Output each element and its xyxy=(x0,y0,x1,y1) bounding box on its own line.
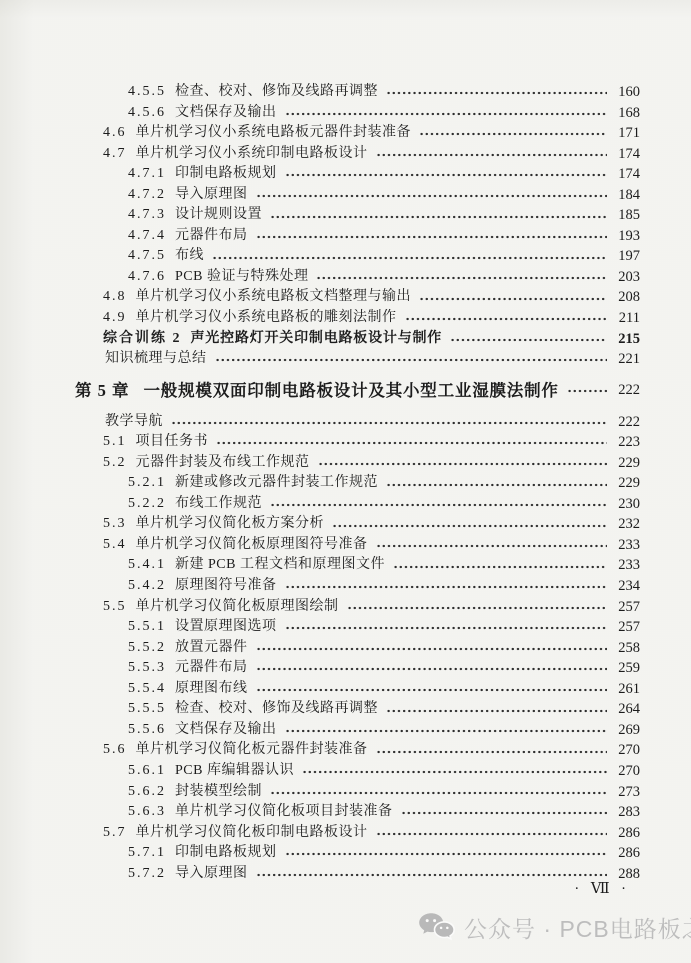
toc-entry-page: 223 xyxy=(610,432,640,453)
toc-entry: 教学导航 222 xyxy=(0,412,691,433)
toc-entry-number: 5.1 xyxy=(103,432,127,453)
toc-entry-title: 元器件封装及布线工作规范 xyxy=(136,453,310,474)
toc-entry-number: 4.7.6 xyxy=(128,267,166,288)
toc-entry-number: 5.5.4 xyxy=(128,679,166,700)
toc-entry-number: 5.5.3 xyxy=(128,658,166,679)
toc-entry-page: 229 xyxy=(610,453,640,474)
dot-leader xyxy=(255,188,608,202)
toc-entry-title: 布线工作规范 xyxy=(175,494,262,515)
toc-entry-title: 单片机学习仪简化板元器件封装准备 xyxy=(136,740,368,761)
dot-leader xyxy=(284,723,608,737)
toc-entry: 5.5 单片机学习仪简化板原理图绘制 257 xyxy=(0,597,691,618)
toc-entry-number: 4.7.2 xyxy=(128,185,166,206)
toc-entry-number: 5.5.6 xyxy=(128,720,166,741)
dot-leader xyxy=(214,352,608,366)
toc-entry: 5.4.1 新建 PCB 工程文档和原理图文件 233 xyxy=(0,555,691,576)
toc-entry-title: PCB 验证与特殊处理 xyxy=(175,267,308,288)
toc-entry: 第 5 章 一般规模双面印制电路板设计及其小型工业湿膜法制作 222 xyxy=(0,378,691,403)
dot-leader xyxy=(215,435,607,449)
toc-entry-page: 185 xyxy=(610,205,640,226)
toc-entry-title: 单片机学习仪简化板印制电路板设计 xyxy=(136,823,368,844)
toc-entry-number: 5.6.2 xyxy=(128,782,166,803)
dot-leader xyxy=(269,785,607,799)
dot-leader xyxy=(392,559,607,573)
toc-entry-page: 259 xyxy=(610,658,640,679)
toc-entry-number: 4.7.4 xyxy=(128,226,166,247)
toc-entry-page: 174 xyxy=(610,164,640,185)
toc-entry: 4.8 单片机学习仪小系统电路板文档整理与输出 208 xyxy=(0,287,691,308)
toc-entry: 4.5.6 文档保存及输出 168 xyxy=(0,103,691,124)
toc-entry-title: 单片机学习仪小系统电路板文档整理与输出 xyxy=(136,287,412,308)
dot-leader xyxy=(566,383,607,397)
toc-entry-number: 5.7.2 xyxy=(128,864,166,885)
toc-entry-number: 5.7.1 xyxy=(128,843,166,864)
watermark: 公众号 · PCB电路板之家 xyxy=(418,911,691,944)
dot-leader xyxy=(375,538,608,552)
dot-leader xyxy=(284,167,608,181)
toc-entry: 5.6.1 PCB 库编辑器认识 270 xyxy=(0,761,691,782)
toc-entry-page: 222 xyxy=(610,378,640,403)
toc-entry-page: 257 xyxy=(610,597,640,618)
toc-entry-title: 设置原理图选项 xyxy=(175,617,277,638)
toc-entry-title: 单片机学习仪小系统印制电路板设计 xyxy=(136,144,368,165)
toc-entry-page: 261 xyxy=(610,679,640,700)
toc-entry-number: 4.7.1 xyxy=(128,164,166,185)
toc-entry: 4.7.2 导入原理图 184 xyxy=(0,185,691,206)
toc-entry-page: 174 xyxy=(610,144,640,165)
toc-entry-title: 检查、校对、修饰及线路再调整 xyxy=(175,82,378,103)
toc-entry-title: 设计规则设置 xyxy=(175,205,262,226)
toc-entry-page: 222 xyxy=(610,412,640,433)
dot-leader xyxy=(255,682,608,696)
toc-entry-page: 211 xyxy=(610,308,640,329)
toc-entry-title: 一般规模双面印制电路板设计及其小型工业湿膜法制作 xyxy=(144,378,559,403)
toc-entry-number: 5.2.2 xyxy=(128,494,166,515)
dot-leader xyxy=(375,826,608,840)
toc-entry: 4.7.5 布线 197 xyxy=(0,246,691,267)
dot-leader xyxy=(385,477,607,491)
dot-leader xyxy=(375,744,608,758)
toc-entry-page: 229 xyxy=(610,473,640,494)
toc-entry: 综合训练 2 声光控路灯开关印制电路板设计与制作 215 xyxy=(0,329,691,350)
toc-entry: 5.3 单片机学习仪简化板方案分析 232 xyxy=(0,514,691,535)
dot-leader xyxy=(317,456,608,470)
dot-leader xyxy=(255,867,608,881)
toc-entry-page: 234 xyxy=(610,576,640,597)
toc-entry: 5.5.6 文档保存及输出 269 xyxy=(0,720,691,741)
toc-entry: 5.6.3 单片机学习仪简化板项目封装准备 283 xyxy=(0,802,691,823)
toc-entry-title: 单片机学习仪简化板原理图符号准备 xyxy=(136,535,368,556)
dot-leader xyxy=(331,518,607,532)
toc-entry-number: 5.5.5 xyxy=(128,699,166,720)
toc-entry-number: 5.4 xyxy=(103,535,127,556)
toc-entry-page: 286 xyxy=(610,823,640,844)
toc-entry: 知识梳理与总结 221 xyxy=(0,349,691,370)
toc-entry-number: 4.7.5 xyxy=(128,246,166,267)
dot-leader xyxy=(385,703,607,717)
toc-entry-title: 布线 xyxy=(175,246,204,267)
toc-entry-title: 导入原理图 xyxy=(175,864,248,885)
toc-entry: 4.7 单片机学习仪小系统印制电路板设计 174 xyxy=(0,144,691,165)
toc-entry-title: 文档保存及输出 xyxy=(175,103,277,124)
toc-entry-number: 5.5 xyxy=(103,597,127,618)
toc-entry-title: 知识梳理与总结 xyxy=(105,349,207,370)
toc-entry-page: 208 xyxy=(610,287,640,308)
toc-entry-number: 4.7 xyxy=(103,144,127,165)
dot-leader xyxy=(385,85,607,99)
toc-entry: 5.5.4 原理图布线 261 xyxy=(0,679,691,700)
dot-leader xyxy=(400,805,608,819)
scanned-toc-page: 4.5.5 检查、校对、修饰及线路再调整 160 4.5.6 文档保存及输出 1… xyxy=(0,0,691,963)
toc-entry: 5.5.1 设置原理图选项 257 xyxy=(0,617,691,638)
dot-leader xyxy=(269,209,607,223)
toc-entry: 4.9 单片机学习仪小系统电路板的雕刻法制作 211 xyxy=(0,308,691,329)
toc-entry-page: 283 xyxy=(610,802,640,823)
toc-entry: 5.4 单片机学习仪简化板原理图符号准备 233 xyxy=(0,535,691,556)
toc-entry-number: 5.4.2 xyxy=(128,576,166,597)
toc-entry-title: 原理图布线 xyxy=(175,679,248,700)
toc-entry: 4.7.3 设计规则设置 185 xyxy=(0,205,691,226)
toc-entry-title: 原理图符号准备 xyxy=(175,576,277,597)
toc-entry-number: 4.8 xyxy=(103,287,127,308)
toc-entry-title: 新建或修改元器件封装工作规范 xyxy=(175,473,378,494)
toc-entry-page: 232 xyxy=(610,514,640,535)
toc-entry: 5.7.1 印制电路板规划 286 xyxy=(0,843,691,864)
toc-entry-title: 元器件布局 xyxy=(175,658,248,679)
toc-entry-title: 教学导航 xyxy=(105,412,163,433)
toc-entry-title: 项目任务书 xyxy=(136,432,209,453)
toc-entry-number: 5.2.1 xyxy=(128,473,166,494)
toc-entry-page: 184 xyxy=(610,185,640,206)
dot-leader xyxy=(418,291,607,305)
toc-entry-number: 4.7.3 xyxy=(128,205,166,226)
dot-leader xyxy=(315,270,607,284)
toc-entry: 5.1 项目任务书 223 xyxy=(0,432,691,453)
toc-entry: 5.6.2 封装模型绘制 273 xyxy=(0,782,691,803)
toc-entry-page: 215 xyxy=(610,329,640,350)
toc-entry: 5.5.3 元器件布局 259 xyxy=(0,658,691,679)
toc-entry-title: 印制电路板规划 xyxy=(175,843,277,864)
toc-entry: 4.5.5 检查、校对、修饰及线路再调整 160 xyxy=(0,82,691,103)
toc-entry: 5.2.1 新建或修改元器件封装工作规范 229 xyxy=(0,473,691,494)
toc-entry: 5.2.2 布线工作规范 230 xyxy=(0,494,691,515)
toc-entry-title: 声光控路灯开关印制电路板设计与制作 xyxy=(191,329,443,350)
toc-entry-number: 5.5.2 xyxy=(128,638,166,659)
dot-leader xyxy=(284,846,608,860)
toc-entry-title: 单片机学习仪小系统电路板元器件封装准备 xyxy=(136,123,412,144)
toc-entry-title: 单片机学习仪简化板原理图绘制 xyxy=(136,597,339,618)
toc-entry-page: 258 xyxy=(610,638,640,659)
toc-entry-number: 第 5 章 xyxy=(75,378,130,403)
toc-entry-page: 264 xyxy=(610,699,640,720)
toc-entry-title: 新建 PCB 工程文档和原理图文件 xyxy=(175,555,385,576)
dot-leader xyxy=(255,641,608,655)
dot-leader xyxy=(284,579,608,593)
toc-entry-page: 197 xyxy=(610,246,640,267)
toc-entry-title: 检查、校对、修饰及线路再调整 xyxy=(175,699,378,720)
toc-entry: 5.5.5 检查、校对、修饰及线路再调整 264 xyxy=(0,699,691,720)
toc-entry-page: 273 xyxy=(610,782,640,803)
toc-entry-page: 171 xyxy=(610,123,640,144)
toc-entry: 5.7 单片机学习仪简化板印制电路板设计 286 xyxy=(0,823,691,844)
table-of-contents: 4.5.5 检查、校对、修饰及线路再调整 160 4.5.6 文档保存及输出 1… xyxy=(0,82,691,884)
toc-entry-title: 单片机学习仪简化板方案分析 xyxy=(136,514,325,535)
toc-entry-page: 203 xyxy=(610,267,640,288)
toc-entry: 4.7.6 PCB 验证与特殊处理 203 xyxy=(0,267,691,288)
toc-entry: 5.4.2 原理图符号准备 234 xyxy=(0,576,691,597)
toc-entry: 4.6 单片机学习仪小系统电路板元器件封装准备 171 xyxy=(0,123,691,144)
toc-entry-title: 封装模型绘制 xyxy=(175,782,262,803)
toc-entry: 4.7.1 印制电路板规划 174 xyxy=(0,164,691,185)
dot-leader xyxy=(211,250,607,264)
toc-entry-page: 160 xyxy=(610,82,640,103)
toc-entry-title: 放置元器件 xyxy=(175,638,248,659)
dot-leader xyxy=(255,661,608,675)
toc-entry-number: 5.4.1 xyxy=(128,555,166,576)
dot-leader xyxy=(255,229,608,243)
toc-entry-page: 257 xyxy=(610,617,640,638)
toc-entry-page: 270 xyxy=(610,740,640,761)
dot-leader xyxy=(284,106,608,120)
toc-entry-number: 综合训练 2 xyxy=(103,329,182,350)
toc-entry-title: 单片机学习仪小系统电路板的雕刻法制作 xyxy=(136,308,397,329)
toc-entry-page: 269 xyxy=(610,720,640,741)
page-number-folio: · Ⅶ · xyxy=(574,881,630,898)
dot-leader xyxy=(269,497,607,511)
toc-entry-page: 193 xyxy=(610,226,640,247)
dot-leader xyxy=(404,311,608,325)
toc-entry: 4.7.4 元器件布局 193 xyxy=(0,226,691,247)
dot-leader xyxy=(284,620,608,634)
toc-entry-title: 文档保存及输出 xyxy=(175,720,277,741)
toc-entry-page: 270 xyxy=(610,761,640,782)
toc-entry-number: 5.7 xyxy=(103,823,127,844)
toc-entry: 5.5.2 放置元器件 258 xyxy=(0,638,691,659)
toc-entry-page: 286 xyxy=(610,843,640,864)
toc-entry-page: 233 xyxy=(610,535,640,556)
toc-entry-number: 5.6.3 xyxy=(128,802,166,823)
dot-leader xyxy=(418,126,607,140)
toc-entry-title: 元器件布局 xyxy=(175,226,248,247)
toc-entry-number: 4.5.5 xyxy=(128,82,166,103)
toc-entry-number: 4.9 xyxy=(103,308,127,329)
toc-entry-page: 168 xyxy=(610,103,640,124)
toc-entry-number: 5.6 xyxy=(103,740,127,761)
toc-entry-page: 233 xyxy=(610,555,640,576)
toc-entry-title: 印制电路板规划 xyxy=(175,164,277,185)
toc-entry: 5.6 单片机学习仪简化板元器件封装准备 270 xyxy=(0,740,691,761)
dot-leader xyxy=(170,415,607,429)
toc-entry-number: 4.6 xyxy=(103,123,127,144)
toc-entry-number: 5.3 xyxy=(103,514,127,535)
toc-entry-number: 5.6.1 xyxy=(128,761,166,782)
toc-entry-number: 5.2 xyxy=(103,453,127,474)
watermark-text: 公众号 · PCB电路板之家 xyxy=(464,911,691,944)
toc-entry-page: 230 xyxy=(610,494,640,515)
dot-leader xyxy=(346,600,608,614)
toc-entry: 5.2 元器件封装及布线工作规范 229 xyxy=(0,453,691,474)
toc-entry-title: 导入原理图 xyxy=(175,185,248,206)
toc-entry-page: 221 xyxy=(610,349,640,370)
toc-entry-title: 单片机学习仪简化板项目封装准备 xyxy=(175,802,393,823)
dot-leader xyxy=(301,764,607,778)
wechat-icon xyxy=(418,912,455,943)
toc-entry-number: 5.5.1 xyxy=(128,617,166,638)
dot-leader xyxy=(375,147,608,161)
dot-leader xyxy=(449,332,607,346)
toc-entry-number: 4.5.6 xyxy=(128,103,166,124)
toc-entry-title: PCB 库编辑器认识 xyxy=(175,761,294,782)
